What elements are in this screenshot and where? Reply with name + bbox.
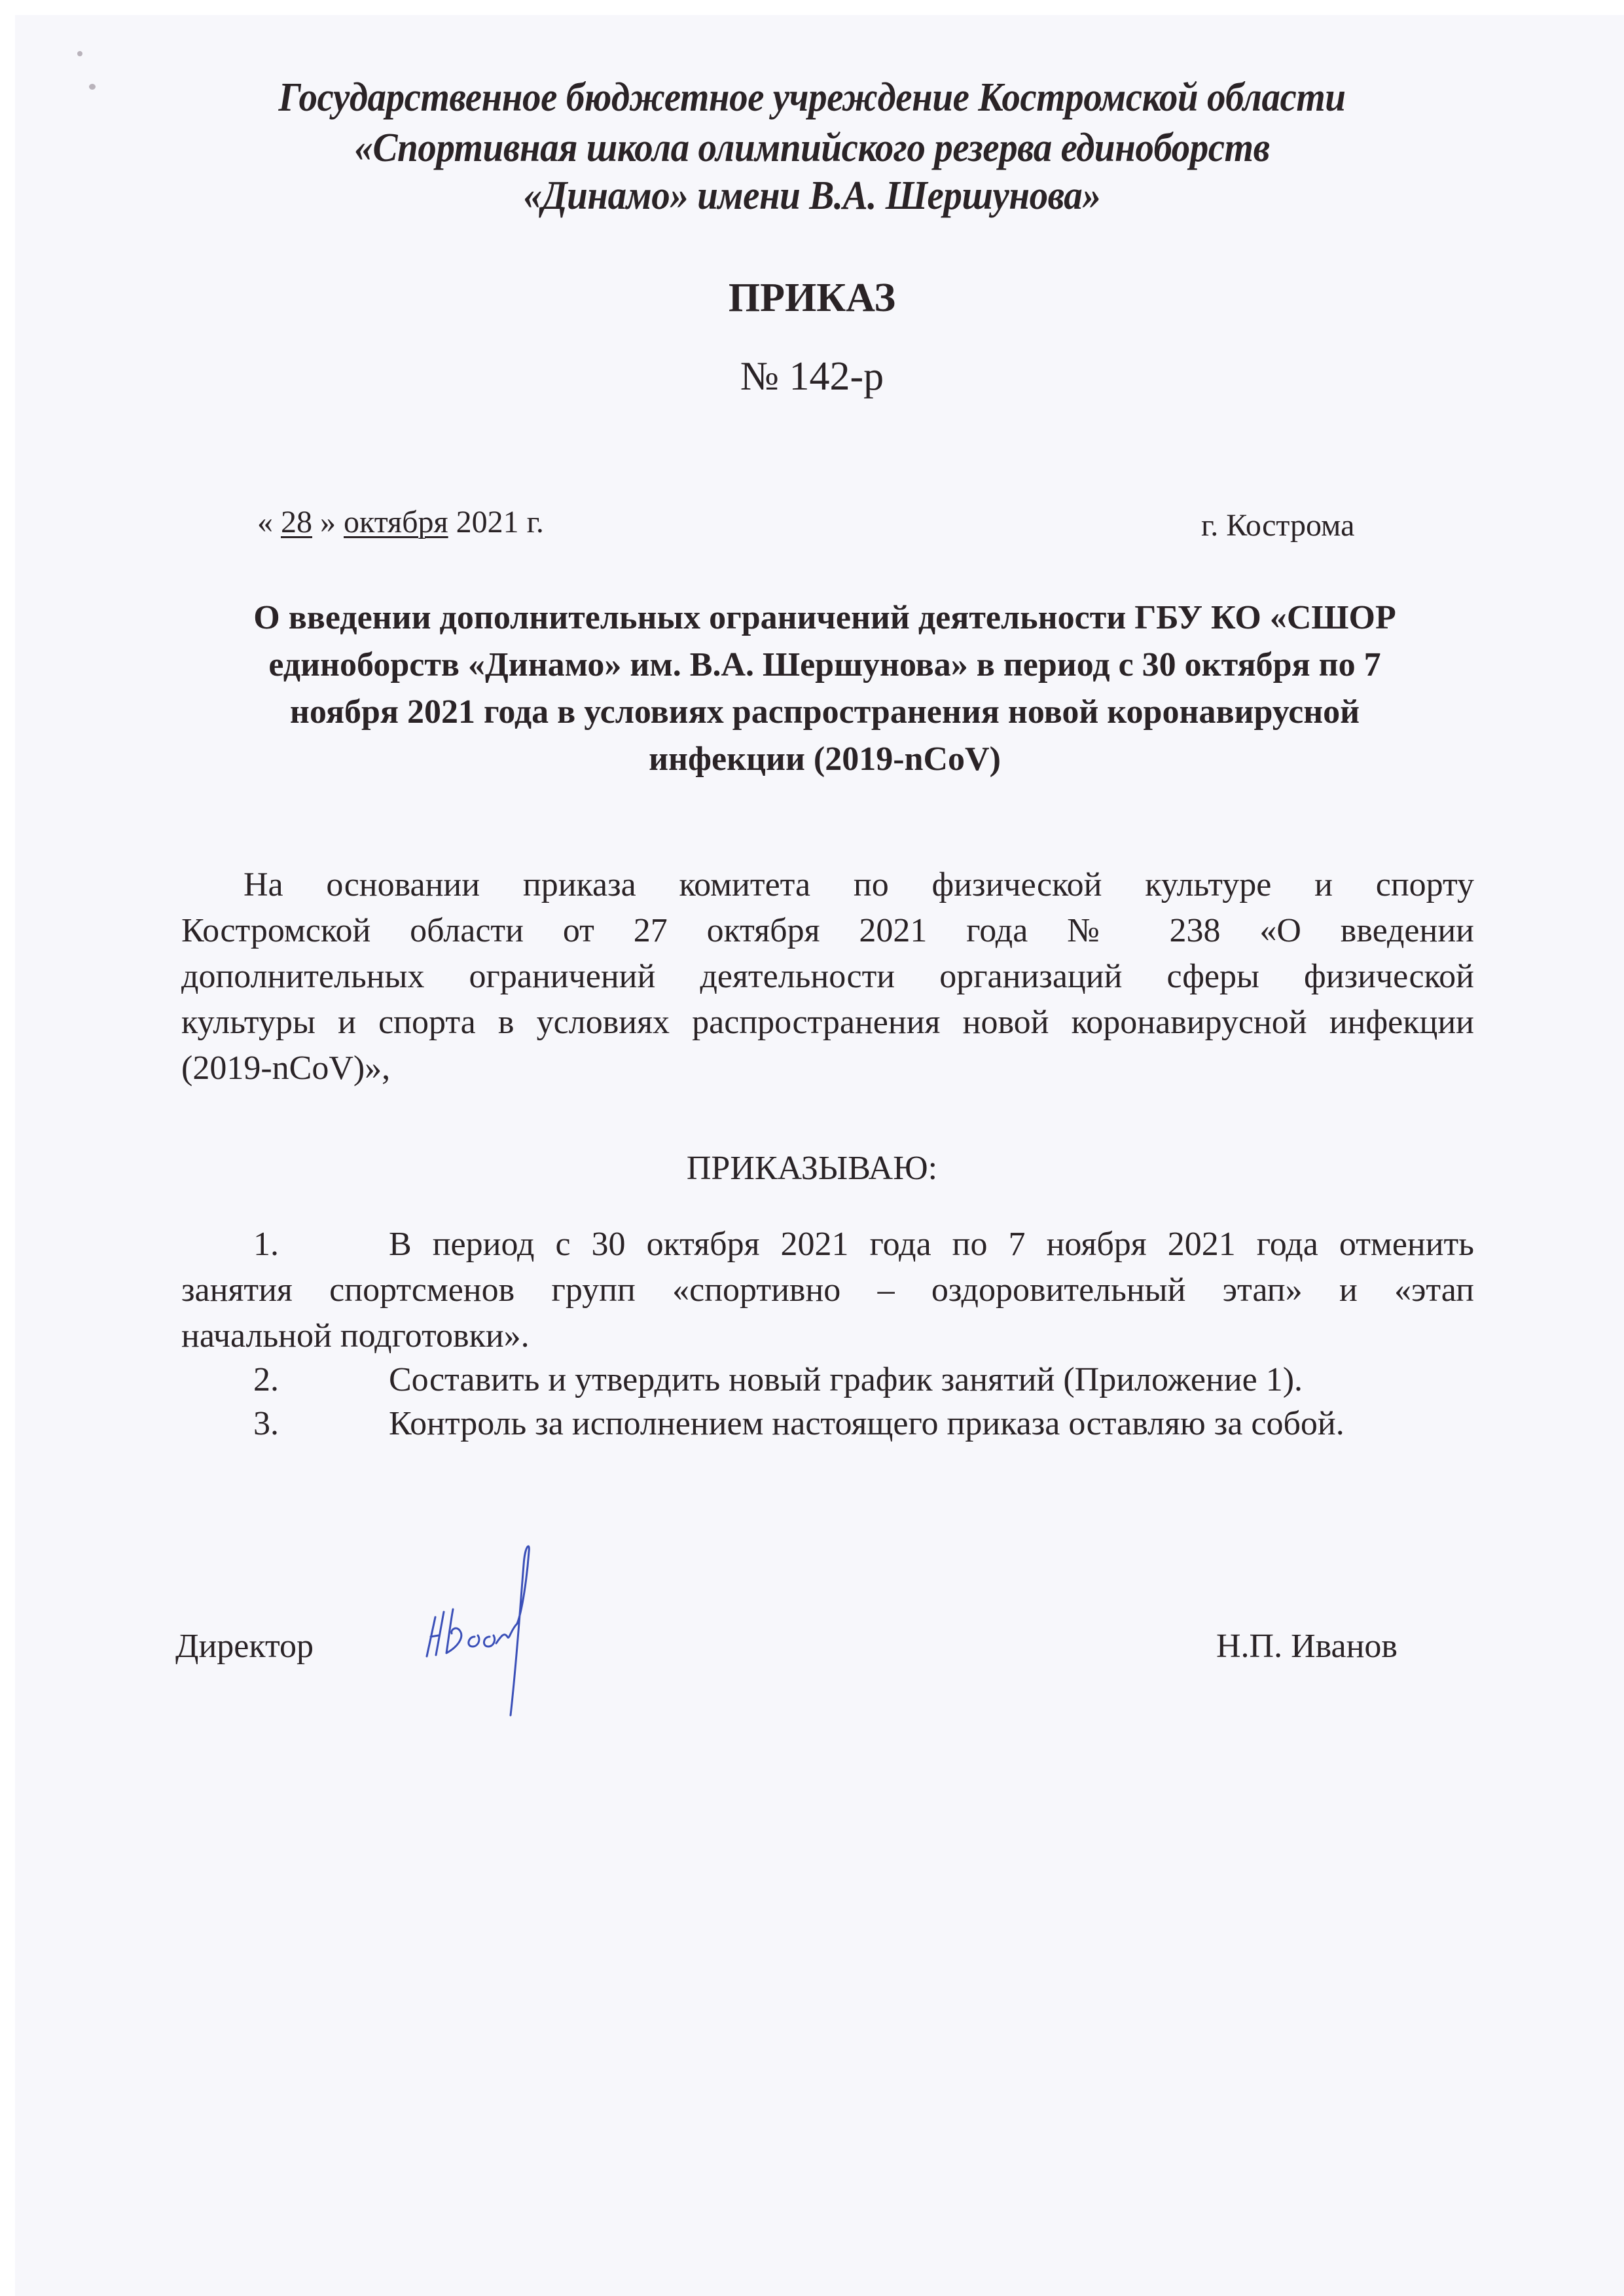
- document-city: г. Кострома: [1201, 507, 1354, 543]
- date-day: 28: [281, 505, 312, 539]
- title-line: ноября 2021 года в условиях распростране…: [177, 689, 1473, 736]
- order-heading: ПРИКАЗЫВАЮ:: [0, 1149, 1624, 1188]
- signatory-position: Директор: [175, 1627, 314, 1666]
- order-item-2-text: Составить и утвердить новый график занят…: [389, 1357, 1303, 1403]
- title-line: единоборств «Динамо» им. В.А. Шершунова»…: [177, 642, 1473, 689]
- date-close-quote: »: [320, 505, 336, 539]
- order-item-2-number: 2.: [253, 1357, 279, 1403]
- item-line: В период с 30 октября 2021 года по 7 ноя…: [181, 1222, 1474, 1267]
- date-year: 2021 г.: [456, 505, 544, 539]
- date-month: октября: [344, 505, 448, 539]
- signatory-name: Н.П. Иванов: [1216, 1627, 1398, 1666]
- document-date: « 28 » октября 2021 г.: [257, 504, 544, 540]
- basis-paragraph: На основании приказа комитета по физичес…: [181, 862, 1474, 1091]
- title-line: О введении дополнительных ограничений де…: [177, 594, 1473, 642]
- document-type: ПРИКАЗ: [0, 275, 1624, 321]
- date-open-quote: «: [257, 505, 273, 539]
- document-title: О введении дополнительных ограничений де…: [177, 594, 1473, 783]
- handwritten-signature-icon: [412, 1539, 622, 1735]
- org-header-line-3: «Динамо» имени В.А. Шершунова»: [65, 175, 1559, 216]
- order-item-1: 1. В период с 30 октября 2021 года по 7 …: [181, 1222, 1474, 1359]
- basis-line: культуры и спорта в условиях распростран…: [181, 1000, 1474, 1046]
- item-line: занятия спортсменов групп «спортивно – о…: [181, 1267, 1474, 1313]
- basis-line: (2019-nCoV)»,: [181, 1046, 1474, 1091]
- item-number: 1.: [253, 1222, 279, 1267]
- document-number: № 142-р: [0, 354, 1624, 400]
- org-header-line-1: Государственное бюджетное учреждение Кос…: [65, 77, 1559, 118]
- org-header-line-2: «Спортивная школа олимпийского резерва е…: [65, 128, 1559, 168]
- order-item-3-text: Контроль за исполнением настоящего прика…: [389, 1401, 1344, 1447]
- basis-line: На основании приказа комитета по физичес…: [181, 862, 1474, 908]
- order-item-3-number: 3.: [253, 1401, 279, 1447]
- basis-line: Костромской области от 27 октября 2021 г…: [181, 908, 1474, 954]
- item-line: начальной подготовки».: [181, 1313, 1474, 1359]
- basis-line: дополнительных ограничений деятельности …: [181, 954, 1474, 1000]
- title-line: инфекции (2019-nCoV): [177, 736, 1473, 783]
